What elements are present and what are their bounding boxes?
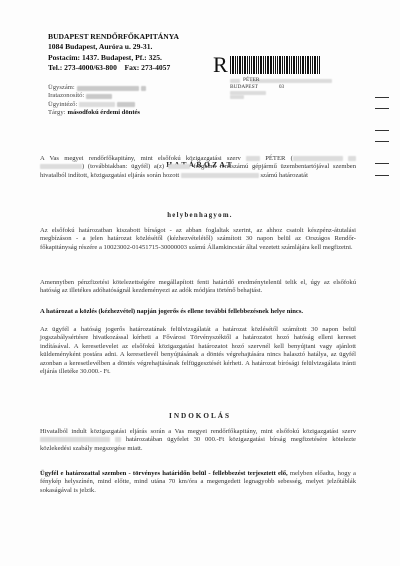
- subject-label: Tárgy:: [48, 109, 65, 117]
- case-number-label: Ügyszám:: [48, 84, 75, 92]
- redacted-postcode: [230, 95, 244, 99]
- recipient-city: BUDAPEST: [230, 84, 258, 91]
- org-phone: Tel.: 273-4000/63-800: [48, 63, 117, 72]
- redacted-document-id: [86, 94, 112, 99]
- redacted-address: [40, 164, 82, 169]
- margin-mark: [375, 108, 389, 109]
- document-id-row: Iratazonosító:: [48, 92, 146, 100]
- reasoning-paragraph-2: Ügyfél e határozattal szemben - törvénye…: [40, 470, 356, 495]
- reasoning-title: INDOKOLÁS: [0, 412, 400, 420]
- registered-mail-letter: R: [213, 56, 228, 74]
- case-officer-row: Ügyintéző:: [48, 101, 146, 109]
- subject-value: másodfokú érdemi döntés: [67, 109, 140, 117]
- judicial-review-paragraph: Az ügyfél a hatóság jogerős határozatána…: [40, 326, 356, 376]
- org-contact: Tel.: 273-4000/63-800 Fax: 273-4057: [48, 63, 179, 73]
- org-fax: Fax: 273-4057: [125, 63, 171, 72]
- redacted-officer-name: [79, 102, 115, 107]
- redacted-decision-number: [181, 173, 259, 178]
- redacted-first-instance-decision: [40, 437, 110, 442]
- intro-paragraph-body: A Vas megyei rendőrfőkapitány, mint első…: [40, 155, 356, 180]
- case-metadata: Ügyszám: Iratazonosító: Ügyintéző: Tárgy…: [48, 84, 146, 117]
- case-officer-label: Ügyintéző:: [48, 101, 77, 109]
- redacted-case-number: [77, 86, 139, 91]
- recipient-name: PÉTER: [243, 77, 259, 84]
- org-address: 1084 Budapest, Auróra u. 29-31.: [48, 42, 179, 52]
- recipient-city-row: BUDAPEST 03: [230, 84, 284, 91]
- org-name: BUDAPEST RENDŐRFŐKAPITÁNYA: [48, 32, 179, 42]
- finality-statement: A határozat a közlés (kézhezvétel) napjá…: [40, 308, 356, 316]
- reasoning-paragraph-1: Hivatalból indult közigazgatási eljárás …: [40, 428, 356, 453]
- enforcement-paragraph: Amennyiben pénzfizetési kötelezettségére…: [40, 279, 356, 296]
- margin-mark: [375, 175, 389, 176]
- org-postal-address: Postacím: 1437. Budapest, Pf.: 325.: [48, 53, 179, 63]
- redacted-birth-data: [293, 156, 343, 161]
- redacted-surname: [230, 79, 240, 83]
- margin-mark: [375, 97, 389, 98]
- recipient-address: PÉTER BUDAPEST 03: [230, 77, 284, 99]
- subject-row: Tárgy: másodfokú érdemi döntés: [48, 109, 146, 117]
- redacted-plate-number: [168, 164, 190, 169]
- registered-mail-barcode: R: [213, 52, 353, 74]
- redacted-surname: [246, 156, 260, 161]
- redacted-officer-phone: [117, 102, 135, 107]
- case-number-row: Ügyszám:: [48, 84, 146, 92]
- issuer-header: BUDAPEST RENDŐRFŐKAPITÁNYA 1084 Budapest…: [48, 32, 179, 74]
- margin-mark: [375, 130, 389, 131]
- recipient-district: 03: [279, 84, 284, 91]
- margin-mark: [375, 141, 389, 142]
- document-id-label: Iratazonosító:: [48, 92, 84, 100]
- decision-statement: helybenhagyom.: [0, 212, 400, 219]
- recipient-postcode-row: [230, 95, 284, 99]
- fine-payment-paragraph: Az elsőfokú határozatban kiszabott bírsá…: [40, 227, 356, 252]
- redacted-case-suffix: [141, 86, 146, 91]
- recipient-name-row: PÉTER: [230, 77, 284, 84]
